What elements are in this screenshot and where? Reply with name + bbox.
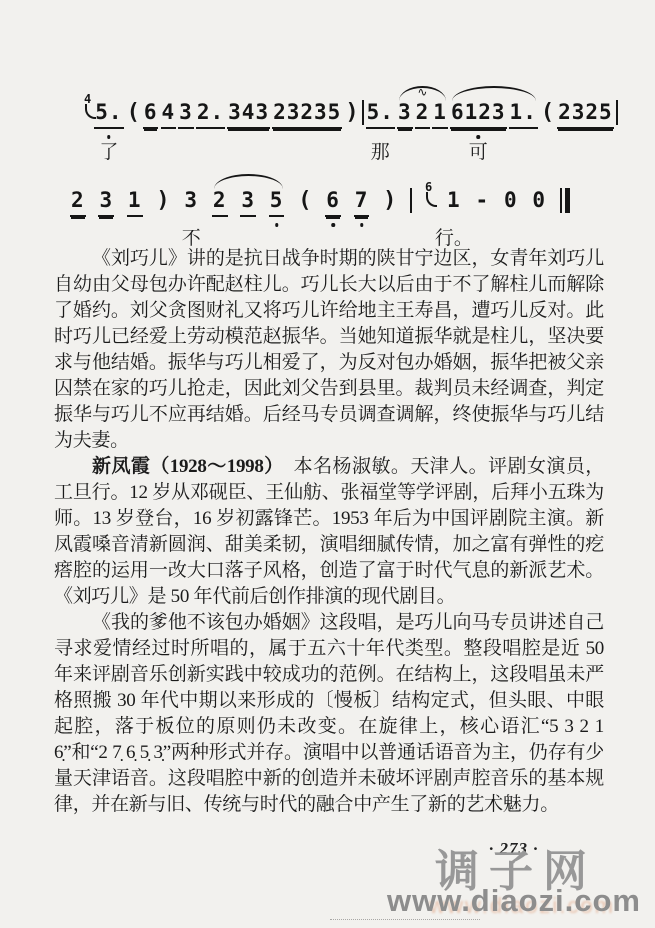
- note-digits: 3: [98, 188, 114, 217]
- music-note: 2325: [557, 100, 614, 129]
- music-note: 1行。: [446, 188, 462, 215]
- grace-slur-icon: [426, 192, 437, 207]
- music-note: 5.那: [366, 100, 395, 129]
- note-digits: 3: [178, 100, 194, 129]
- music-note: 0: [531, 188, 547, 215]
- music-note: 3: [240, 188, 256, 217]
- note-digits: 4: [161, 100, 177, 129]
- barline: [362, 100, 364, 130]
- barline: [616, 100, 618, 130]
- music-note: -: [475, 188, 491, 215]
- music-paren: ): [155, 188, 170, 215]
- music-paren: (: [126, 100, 141, 127]
- note-digits: ): [344, 100, 359, 127]
- music-note: 0: [503, 188, 519, 215]
- note-digits: 7: [354, 188, 370, 217]
- music-paren: ): [382, 188, 397, 215]
- music-note: 4: [161, 100, 177, 129]
- lyric-syllable: 了: [99, 143, 118, 162]
- music-paren: (: [297, 188, 312, 215]
- music-note: 3: [98, 188, 114, 217]
- slur-arc: [452, 86, 536, 101]
- note-digits: 2: [212, 188, 228, 217]
- paragraph-biography: 新凤霞（1928～1998） 本名杨淑敏。天津人。评剧女演员，工旦行。12 岁从…: [54, 454, 604, 610]
- music-note: 1.: [509, 100, 538, 129]
- low-octave-dot: [107, 135, 111, 139]
- note-digits: (: [540, 100, 555, 127]
- note-digits: 3: [397, 100, 413, 129]
- low-octave-dot: [275, 223, 279, 227]
- note-digits: 3: [183, 188, 199, 215]
- music-paren: ): [344, 100, 359, 127]
- scanned-book-page: 45.了(6432.34323235)5.那32∿16123可1.(2325 2…: [0, 0, 655, 928]
- music-note: 6123可: [450, 100, 507, 129]
- lyric-syllable: 那: [371, 143, 390, 162]
- music-line-2: 231)3不235(67)61行。-00: [0, 188, 655, 218]
- music-note: 2: [212, 188, 228, 217]
- watermark-site-url: www.diaozi.com: [387, 885, 641, 916]
- music-note: 5.了: [94, 100, 123, 129]
- paragraph-analysis: 《我的爹他不该包办婚姻》这段唱，是巧儿向马专员讲述自己寻求爱情经过时所唱的，属于…: [54, 610, 604, 818]
- note-digits: 0: [503, 188, 519, 215]
- note-digits: 6: [143, 100, 159, 129]
- note-digits: 1: [127, 188, 143, 217]
- music-note: 23235: [272, 100, 342, 129]
- music-note: 6: [325, 188, 341, 217]
- music-note: 3: [397, 100, 413, 129]
- final-barline: [560, 188, 570, 218]
- article-text: 《刘巧儿》讲的是抗日战争时期的陕甘宁边区，女青年刘巧儿自幼由父母包办许配赵柱儿。…: [54, 246, 604, 818]
- note-digits: 1.: [509, 100, 538, 129]
- barline: [410, 188, 412, 218]
- music-tokens-1: 45.了(6432.34323235)5.那32∿16123可1.(2325: [84, 100, 618, 130]
- note-digits: 6: [325, 188, 341, 217]
- note-digits: 0: [531, 188, 547, 215]
- note-digits: 2: [70, 188, 86, 217]
- low-octave-dot: [331, 223, 335, 227]
- note-digits: 23235: [272, 100, 342, 129]
- note-digits: 2325: [557, 100, 614, 129]
- music-line-1: 45.了(6432.34323235)5.那32∿16123可1.(2325: [0, 100, 655, 188]
- bio-rest-text: 本名杨淑敏。天津人。评剧女演员，工旦行。12 岁从邓砚臣、王仙舫、张福堂等学评剧…: [54, 456, 604, 607]
- music-note: 7: [354, 188, 370, 217]
- note-digits: 5.: [366, 100, 395, 129]
- music-score: 45.了(6432.34323235)5.那32∿16123可1.(2325 2…: [0, 100, 655, 218]
- music-note: 3不: [183, 188, 199, 215]
- note-digits: 5: [269, 188, 285, 217]
- slur-arc: [399, 86, 446, 101]
- music-note: 6: [143, 100, 159, 129]
- grace-note: 6: [425, 188, 433, 206]
- low-octave-dot: [476, 135, 480, 139]
- note-digits: ): [382, 188, 397, 215]
- note-digits: 343: [227, 100, 270, 129]
- paragraph-synopsis: 《刘巧儿》讲的是抗日战争时期的陕甘宁边区，女青年刘巧儿自幼由父母包办许配赵柱儿。…: [54, 246, 604, 454]
- note-digits: (: [297, 188, 312, 215]
- music-paren: (: [540, 100, 555, 127]
- scan-artifact: [330, 919, 480, 920]
- note-digits: 6123: [450, 100, 507, 129]
- note-digits: 1: [446, 188, 462, 215]
- music-tokens-2: 231)3不235(67)61行。-00: [70, 188, 570, 218]
- note-digits: (: [126, 100, 141, 127]
- music-note: 2∿: [415, 100, 431, 129]
- note-digits: ): [155, 188, 170, 215]
- bio-name-bold: 新凤霞（1928～1998）: [92, 456, 274, 477]
- music-note: 1: [432, 100, 448, 129]
- low-octave-dot: [360, 223, 364, 227]
- music-note: 3: [178, 100, 194, 129]
- lyric-syllable: 可: [469, 143, 488, 162]
- note-digits: 2.: [196, 100, 225, 129]
- note-digits: 5.: [94, 100, 123, 129]
- note-digits: 1: [432, 100, 448, 129]
- music-note: 2.: [196, 100, 225, 129]
- note-digits: -: [475, 188, 491, 215]
- music-note: 2: [70, 188, 86, 217]
- music-note: 343: [227, 100, 270, 129]
- note-digits: 3: [240, 188, 256, 217]
- music-note: 5: [269, 188, 285, 217]
- note-digits: 2: [415, 100, 431, 129]
- music-note: 1: [127, 188, 143, 217]
- grace-note: 4: [84, 100, 92, 118]
